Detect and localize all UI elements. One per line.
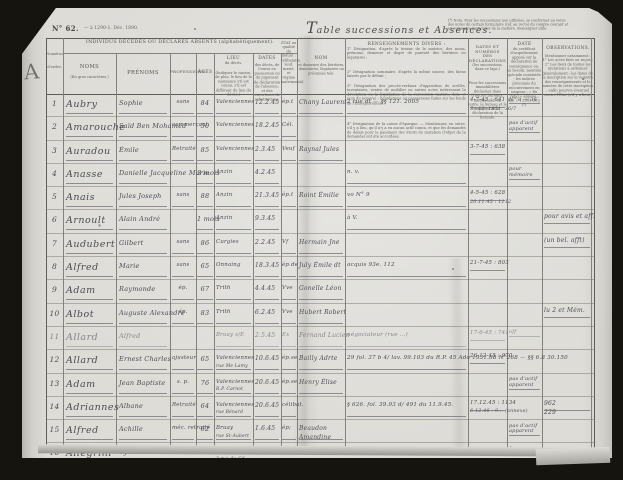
cell-order-number: 10 bbox=[47, 309, 62, 323]
cell-civil-status: Vve bbox=[282, 285, 296, 300]
cell-civil-status: ép.t bbox=[282, 99, 296, 114]
cell-observation bbox=[544, 97, 590, 107]
cell-profession: sans bbox=[172, 192, 194, 207]
cell-age: 65 bbox=[197, 355, 213, 370]
col-header-heritiers-note: et demeure des héritiers, donataires, lé… bbox=[297, 63, 345, 76]
cell-surname: Adam bbox=[66, 379, 113, 394]
cell-surname: Allard bbox=[66, 355, 113, 370]
cell-observation-line2 bbox=[544, 223, 590, 232]
table-row: 1 Aubry Sophie sans 84 Valenciennes 12.2… bbox=[46, 94, 594, 117]
cell-civil-status bbox=[282, 215, 296, 229]
table-row: 3 Auradou Émile Retraité 85 Valenciennes… bbox=[46, 141, 594, 164]
col-header-observations-note: Mentionner notamment : 1° Les actes fait… bbox=[542, 54, 594, 97]
col-header-renseignements-note1: 1° Désignation, d'après la teneur de la … bbox=[347, 47, 466, 60]
cell-certificate-note: off bbox=[509, 330, 540, 337]
cell-remarks bbox=[347, 425, 466, 439]
col-header-ages: ÂGES bbox=[196, 70, 214, 75]
cell-civil-status: ép.t bbox=[282, 192, 296, 207]
cell-heir-name-line2 bbox=[299, 410, 343, 418]
col-header-declarations-note1: (les successions, dans ce laps.) bbox=[468, 63, 507, 72]
cell-heir-name-line2 bbox=[299, 340, 343, 348]
cell-death-date: 2.2.45 bbox=[255, 239, 279, 254]
cell-age: 76 bbox=[197, 379, 213, 394]
col-header-prenoms: PRÉNOMS bbox=[116, 70, 170, 76]
cell-heir-name-line2 bbox=[299, 224, 343, 232]
cell-surname: Anasse bbox=[66, 169, 113, 184]
cell-civil-status: ép.se bbox=[282, 379, 296, 394]
cell-declaration-line2 bbox=[470, 223, 505, 232]
cell-observation bbox=[544, 423, 590, 433]
cell-profession bbox=[172, 332, 194, 346]
cell-declaration bbox=[470, 377, 505, 387]
cell-death-date: 10.6.45 bbox=[255, 355, 279, 370]
cell-age: 1 mois bbox=[197, 215, 213, 230]
cell-death-place-detail: R.P. Carnot bbox=[216, 387, 251, 395]
cell-observation-line2 bbox=[544, 200, 590, 209]
table-row: 9 Adam Raymonde ép. 67 Trith 4.4.45 Vve … bbox=[46, 280, 594, 303]
cell-heir-name-line2 bbox=[299, 247, 343, 255]
cell-observation-line2 bbox=[544, 363, 590, 372]
cell-civil-status bbox=[282, 169, 296, 183]
col-header-professions: PROFESSIONS bbox=[170, 70, 196, 75]
col-header-noms: NOMS (En gros caractères.) bbox=[63, 64, 116, 83]
cell-declaration-line2 bbox=[470, 363, 505, 372]
cell-order-number: 7 bbox=[47, 239, 62, 253]
cell-certificate-note: pas d'actif apparent bbox=[509, 377, 540, 390]
table-row: 6 Arnoult Alain André 1 mois Anzin 9.3.4… bbox=[46, 210, 594, 233]
cell-surname: Amarouche bbox=[66, 122, 113, 137]
cell-remarks bbox=[347, 146, 466, 160]
cell-civil-status: Vf bbox=[282, 239, 296, 254]
under-sheet-corner bbox=[536, 447, 611, 466]
cell-heir-name-line2 bbox=[299, 457, 343, 465]
cell-death-place-detail bbox=[216, 108, 251, 116]
cell-death-place-detail bbox=[216, 294, 251, 302]
cell-profession: ép. bbox=[172, 285, 194, 300]
cell-order-number: 4 bbox=[47, 169, 62, 183]
cell-death-place-detail bbox=[216, 154, 251, 162]
cell-observation bbox=[544, 144, 590, 154]
cell-death-place-detail: 2 rue du Gd bbox=[216, 457, 251, 465]
cell-heir-name-line2 bbox=[299, 177, 343, 185]
cell-observation-line2 bbox=[544, 130, 590, 139]
cell-order-number: 11 bbox=[47, 332, 62, 346]
cell-order-number: 1 bbox=[47, 99, 62, 113]
col-header-noms-note: (En gros caractères.) bbox=[63, 75, 116, 79]
col-header-dates-label: DATES bbox=[253, 56, 281, 61]
cell-age: 83 bbox=[197, 309, 213, 324]
col-header-heritiers-label: NOM bbox=[297, 56, 345, 61]
cell-death-date: 21.3.45 bbox=[255, 192, 279, 207]
cell-heir-name-line2 bbox=[299, 271, 343, 279]
cell-profession: ép. bbox=[172, 309, 194, 324]
cell-profession: s. p. bbox=[172, 379, 194, 394]
header-footnote: (*) Nota. Pour les successions non utili… bbox=[448, 19, 598, 31]
cell-observation-line2 bbox=[544, 153, 590, 162]
cell-surname: Adam bbox=[66, 285, 113, 300]
cell-civil-status: célibat. bbox=[282, 402, 296, 417]
scanned-register-page: N° 62. — à 1290-1. Déc. 1890. Table succ… bbox=[22, 8, 612, 458]
cell-firstnames: Danielle Jacqueline Marie bbox=[119, 169, 167, 184]
cell-heir-name-line2 bbox=[299, 317, 343, 325]
cell-declaration-line2: So 12. 1951. 36/7 bbox=[470, 107, 505, 116]
cell-order-number: 3 bbox=[47, 146, 62, 160]
cell-order-number: 5 bbox=[47, 192, 62, 206]
cell-heir-name-line2: Amandine bbox=[299, 434, 343, 442]
col-header-ages-label: ÂGES bbox=[196, 70, 214, 75]
cell-heir-name-line2 bbox=[299, 387, 343, 395]
cell-heir-name-line2 bbox=[299, 364, 343, 372]
scanner-background: { "page": { "form_number": "N° 62.", "fo… bbox=[0, 0, 623, 480]
cell-age: 85 bbox=[197, 146, 213, 161]
cell-observation-line2 bbox=[544, 433, 590, 442]
cell-age: 64 bbox=[197, 402, 213, 417]
cell-firstnames: Marie bbox=[119, 262, 167, 277]
cell-declaration-line2 bbox=[470, 456, 505, 465]
group-header-rule bbox=[63, 53, 297, 54]
cell-profession: Retraité bbox=[172, 402, 194, 417]
cell-civil-status: Veuf bbox=[282, 146, 296, 161]
cell-declaration bbox=[470, 307, 505, 317]
cell-remarks: à V. bbox=[347, 215, 466, 230]
cell-order-number: 12 bbox=[47, 355, 62, 369]
cell-firstnames: Raymonde bbox=[119, 285, 167, 300]
cell-remarks bbox=[347, 309, 466, 323]
cell-profession: sans bbox=[172, 262, 194, 277]
cell-surname: Adriannes bbox=[66, 402, 113, 417]
cell-certificate-note: pas d'actif apparent bbox=[509, 121, 540, 134]
col-header-noms-label: NOMS bbox=[63, 64, 116, 70]
cell-certificate-note: N° 3 — 36 bbox=[509, 98, 540, 105]
cell-firstnames: Sophie bbox=[119, 99, 167, 114]
cell-death-date: 2.3.45 bbox=[255, 146, 279, 161]
cell-heir-name-line2 bbox=[299, 201, 343, 209]
cell-observation bbox=[544, 353, 590, 363]
table-row: 5 Anais Jules Joseph sans 88 Anzin 21.3.… bbox=[46, 187, 594, 210]
cell-observation-line2 bbox=[544, 176, 590, 185]
cell-order-number: 13 bbox=[47, 379, 62, 393]
cell-age bbox=[197, 332, 213, 346]
cell-death-date: 18.3.45 bbox=[255, 262, 279, 277]
cell-order-number: 9 bbox=[47, 285, 62, 299]
cell-declaration-line2 bbox=[470, 153, 505, 162]
cell-age: 3 mois bbox=[197, 169, 213, 184]
cell-death-date: 20.6.45 bbox=[255, 402, 279, 417]
cell-declaration-line2 bbox=[470, 316, 505, 325]
cell-declaration-line2 bbox=[470, 386, 505, 395]
cell-observation-line2 bbox=[544, 339, 590, 348]
col-header-observations-label: OBSERVATIONS. bbox=[542, 46, 594, 51]
cell-observation bbox=[544, 283, 590, 293]
paper-speck bbox=[452, 268, 454, 270]
cell-remarks: n. v. bbox=[347, 169, 466, 184]
cell-observation-line2: 229 bbox=[544, 409, 590, 418]
cell-firstnames: Alfred bbox=[119, 332, 167, 347]
cell-profession: sans bbox=[172, 239, 194, 254]
cell-declaration bbox=[470, 283, 505, 293]
cell-civil-status: Vve bbox=[282, 309, 296, 324]
cell-age: 50 bbox=[197, 122, 213, 137]
cell-age: 65 bbox=[197, 262, 213, 277]
col-header-numeros: Numéros d'ordre. bbox=[46, 52, 63, 73]
cell-declaration-line2 bbox=[470, 339, 505, 348]
register-rows: 1 Aubry Sophie sans 84 Valenciennes 12.2… bbox=[46, 94, 594, 451]
cell-remarks: § 626. fol. 39.93 d/ 491 du 11.9.45. bbox=[347, 402, 466, 417]
cell-death-place-detail bbox=[216, 340, 251, 348]
table-row: 8 Alfred Marie sans 65 Onnaing 18.3.45 é… bbox=[46, 257, 594, 280]
cell-heir-name-line2 bbox=[299, 108, 343, 116]
cell-surname: Alfred bbox=[66, 425, 113, 440]
cell-surname: Albot bbox=[66, 309, 113, 324]
cell-observation bbox=[544, 330, 590, 340]
cell-declaration-line2: 6.12.46 : 9… (annexe) bbox=[470, 409, 505, 418]
cell-observation bbox=[544, 260, 590, 270]
cell-heir-name-line2 bbox=[299, 131, 343, 139]
cell-death-date: 4.2.45 bbox=[255, 169, 279, 184]
cell-declaration bbox=[470, 423, 505, 433]
cell-surname: Arnoult bbox=[66, 215, 113, 230]
cell-firstnames: Jean Baptiste bbox=[119, 379, 167, 394]
col-header-heritiers: NOM et demeure des héritiers, donataires… bbox=[297, 56, 345, 86]
cell-observation-line2 bbox=[544, 270, 590, 279]
col-header-renseignements-note2: 2° Désignation sommaire, d'après la même… bbox=[347, 70, 466, 79]
cell-firstnames: Jules Joseph bbox=[119, 192, 167, 207]
cell-profession: commerçant bbox=[172, 122, 194, 137]
table-row: 12 Allard Ernest Charles ajusteur 65 Val… bbox=[46, 350, 594, 373]
cell-death-place-detail bbox=[216, 131, 251, 139]
cell-observation bbox=[544, 120, 590, 130]
cell-observation bbox=[544, 377, 590, 387]
cell-order-number: 14 bbox=[47, 402, 62, 416]
cell-observation-line2 bbox=[544, 293, 590, 302]
cell-declaration bbox=[470, 237, 505, 247]
cell-profession: sans bbox=[172, 99, 194, 114]
cell-death-date: 12.2.45 bbox=[255, 99, 279, 114]
cell-observation-line2 bbox=[544, 246, 590, 255]
cell-civil-status: Ex bbox=[282, 332, 296, 347]
table-row: 14 Adriannes Albane Retraité 64 Valencie… bbox=[46, 397, 594, 420]
cell-death-date: 9.3.45 bbox=[255, 215, 279, 230]
cell-declaration-line2 bbox=[470, 293, 505, 302]
cell-death-place-detail bbox=[216, 247, 251, 255]
cell-order-number: 2 bbox=[47, 122, 62, 136]
cell-firstnames: Auguste Alexandre bbox=[119, 309, 167, 324]
paper-speck bbox=[194, 28, 196, 30]
margin-letter-a: A bbox=[23, 59, 40, 84]
paper-speck bbox=[582, 78, 584, 80]
cell-surname: Anais bbox=[66, 192, 113, 207]
cell-civil-status: ép.se bbox=[282, 355, 296, 370]
cell-age: 84 bbox=[197, 99, 213, 114]
cell-remarks: 29 fol. 37 b 4/ lav. 99.103 du R.P. 45 A… bbox=[347, 355, 466, 370]
form-reference: — à 1290-1. Déc. 1890. bbox=[84, 26, 138, 31]
cell-civil-status: Cél. bbox=[282, 122, 296, 137]
table-row: 15 Alfred Achille méc. retraité 62 Bruay… bbox=[46, 420, 594, 443]
cell-profession bbox=[172, 169, 194, 183]
table-row: 11 Allard Alfred Bruay s/E 2.5.45 Ex Fer… bbox=[46, 327, 594, 350]
cell-declaration bbox=[470, 213, 505, 223]
cell-declaration-line2 bbox=[470, 130, 505, 139]
cell-remarks: acquis 93e. 112 bbox=[347, 262, 466, 277]
cell-death-place-detail: rue Me Lamy bbox=[216, 364, 251, 372]
cell-profession: Retraité bbox=[172, 146, 194, 161]
cell-observation-line2 bbox=[544, 386, 590, 395]
cell-age: 67 bbox=[197, 285, 213, 300]
col-header-lieu-sub: du décès. bbox=[214, 61, 253, 65]
cell-surname: Alfred bbox=[66, 262, 113, 277]
cell-surname: Aubry bbox=[66, 99, 113, 114]
table-row: 7 Audubert Gilbert sans 86 Curgies 2.2.4… bbox=[46, 234, 594, 257]
cell-age: 88 bbox=[197, 192, 213, 207]
cell-firstnames: Alain André bbox=[119, 215, 167, 230]
group-header-individus: INDIVIDUS DÉCÉDÉS OU DÉCLARÉS ABSENTS (a… bbox=[63, 40, 297, 45]
cell-declaration-line2 bbox=[470, 176, 505, 185]
cell-declaration bbox=[470, 120, 505, 130]
cell-surname: Allard bbox=[66, 332, 113, 347]
cell-order-number: 15 bbox=[47, 425, 62, 439]
cell-surname: Audubert bbox=[66, 239, 113, 254]
cell-remarks bbox=[347, 239, 466, 253]
cell-death-place-detail bbox=[216, 224, 251, 232]
col-header-professions-label: PROFESSIONS bbox=[170, 70, 196, 75]
cell-firstnames: Ernest Charles bbox=[119, 355, 167, 370]
cell-death-place-detail bbox=[216, 201, 251, 209]
table-top-rule bbox=[46, 38, 594, 39]
cell-remarks: négociateur (rue …) bbox=[347, 332, 466, 347]
cell-profession: ajusteur bbox=[172, 355, 194, 370]
col-header-etat-note: ÉTAT ou qualité du défunt : célibataire,… bbox=[281, 41, 297, 84]
cell-observation-line2 bbox=[544, 107, 590, 116]
cell-death-date: 4.4.45 bbox=[255, 285, 279, 300]
cell-heir-name-line2 bbox=[299, 154, 343, 162]
cell-observation bbox=[544, 167, 590, 177]
form-number: N° 62. bbox=[52, 24, 79, 33]
col-header-numeros-line2: d'ordre. bbox=[46, 65, 63, 69]
cell-declaration-line2 bbox=[470, 246, 505, 255]
cell-civil-status: ép; bbox=[282, 425, 296, 440]
cell-remarks bbox=[347, 379, 466, 393]
col-header-prenoms-label: PRÉNOMS bbox=[116, 70, 170, 76]
cell-age: 62 bbox=[197, 425, 213, 440]
cell-firstnames: Saïd Ben Mohamed bbox=[119, 122, 167, 137]
cell-declaration-line2: 20.11.45 : 1112 bbox=[470, 200, 505, 209]
table-row: 13 Adam Jean Baptiste s. p. 76 Valencien… bbox=[46, 374, 594, 397]
cell-death-date: 6.2.45 bbox=[255, 309, 279, 324]
cell-order-number: 6 bbox=[47, 215, 62, 229]
cell-firstnames: Achille bbox=[119, 425, 167, 440]
cell-death-place-detail: rue Bénard bbox=[216, 410, 251, 418]
cell-remarks bbox=[347, 122, 466, 136]
cell-civil-status: ép.de bbox=[282, 262, 296, 277]
cell-declaration bbox=[470, 167, 505, 177]
cell-firstnames: Émile bbox=[119, 146, 167, 161]
cell-death-place-detail: rue St-Aubert bbox=[216, 434, 251, 442]
table-row: 2 Amarouche Saïd Ben Mohamed commerçant … bbox=[46, 117, 594, 140]
column-rule bbox=[594, 38, 595, 451]
cell-observation bbox=[544, 190, 590, 200]
cell-certificate-note: pas d'actif apparent bbox=[509, 424, 540, 437]
cell-death-date: 1.6.45 bbox=[255, 425, 279, 440]
cell-profession bbox=[172, 215, 194, 229]
cell-remarks bbox=[347, 285, 466, 299]
cell-order-number: 8 bbox=[47, 262, 62, 276]
cell-profession: méc. retraité bbox=[172, 425, 194, 440]
col-header-declarations-sub: DES DÉCLARATIONS bbox=[468, 54, 507, 63]
cell-death-date: 2.5.45 bbox=[255, 332, 279, 347]
cell-firstnames: Albane bbox=[119, 402, 167, 417]
cell-age: 86 bbox=[197, 239, 213, 254]
cell-heir-name-line2 bbox=[299, 294, 343, 302]
cell-remarks: 2 rue dt — §§ 121. 2005 bbox=[347, 99, 466, 114]
cell-declaration-line2 bbox=[470, 270, 505, 279]
table-row: 10 Albot Auguste Alexandre ép. 83 Trith … bbox=[46, 304, 594, 327]
cell-death-place-detail bbox=[216, 317, 251, 325]
cell-remarks: vo N° 9 bbox=[347, 192, 466, 207]
cell-declaration-line2 bbox=[470, 433, 505, 442]
table-row: 4 Anasse Danielle Jacqueline Marie 3 moi… bbox=[46, 164, 594, 187]
col-header-numeros-line1: Numéros bbox=[46, 52, 63, 56]
cell-death-date: 20.6.45 bbox=[255, 379, 279, 394]
cell-certificate-note: pour mémoire bbox=[509, 167, 540, 180]
cell-observation-line2 bbox=[544, 316, 590, 325]
cell-death-place-detail bbox=[216, 271, 251, 279]
cell-firstnames: Gilbert bbox=[119, 239, 167, 254]
cell-surname: Auradou bbox=[66, 146, 113, 161]
cell-death-date: 18.2.45 bbox=[255, 122, 279, 137]
cell-death-place-detail bbox=[216, 177, 251, 185]
col-header-lieu-note: (Indiquer le canton, de plus, le lieu de… bbox=[214, 71, 253, 97]
